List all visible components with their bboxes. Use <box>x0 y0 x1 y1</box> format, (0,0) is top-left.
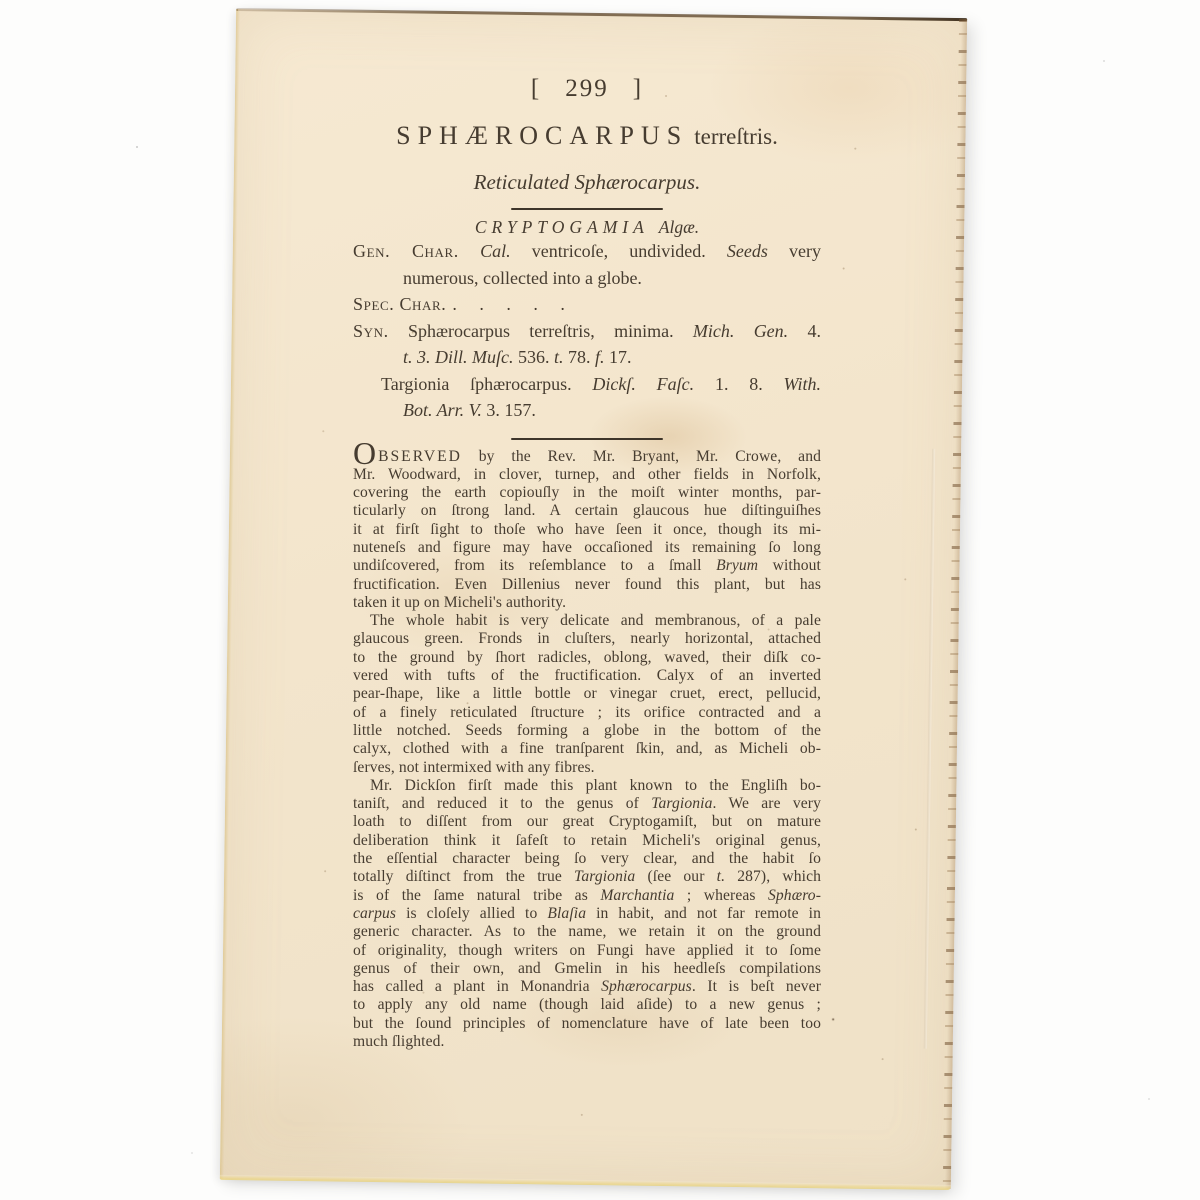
text-segment: Mich. Gen. <box>693 321 788 341</box>
body-line: Mr. Woodward, in clover, turnep, and oth… <box>353 466 821 484</box>
body-line: of a finely reticulated ſtructure ; its … <box>353 704 821 722</box>
text-segment: glaucous green. Fronds in cluſters, near… <box>353 630 821 647</box>
front-matter-line: Bot. Arr. V. 3. 157. <box>353 397 821 424</box>
order-name: Algæ. <box>659 217 699 237</box>
body-line: undiſcovered, from its reſemblance to a … <box>353 557 821 575</box>
page-number-bracket-left: [ <box>531 75 541 102</box>
body-line: The whole habit is very delicate and mem… <box>353 612 821 630</box>
text-segment: Sphærocarpus <box>601 978 692 995</box>
text-segment: taniſt, and reduced it to the genus of <box>353 795 651 812</box>
front-matter-line: Spec. Char.. . . . . <box>353 291 821 318</box>
scan-background: [299] SPHÆROCARPUSterreſtris. Reticulate… <box>0 0 1200 1200</box>
body-line: generic character. As to the name, we re… <box>353 923 821 941</box>
page-number: [299] <box>353 74 821 104</box>
text-segment: generic character. As to the name, we re… <box>353 923 821 940</box>
english-name-subtitle: Reticulated Sphærocarpus. <box>353 169 821 195</box>
scanner-dust <box>136 146 138 148</box>
class-name: CRYPTOGAMIA <box>475 217 649 237</box>
text-segment: deliberation think it ſafeſt to retain M… <box>353 832 821 849</box>
text-segment: Syn. <box>353 321 389 341</box>
text-segment: 78. <box>564 347 596 367</box>
body-line: much ſlighted. <box>353 1033 821 1051</box>
text-segment: Marchantia <box>600 887 674 904</box>
body-line: covering the earth copiouſly in the moiſ… <box>353 484 821 502</box>
paper-crease <box>924 449 935 1049</box>
text-segment: f. <box>595 347 605 367</box>
text-segment: Targionia <box>651 795 712 812</box>
divider-rule-2 <box>511 438 663 440</box>
text-segment <box>459 241 480 261</box>
text-segment: 4. <box>788 321 821 341</box>
text-segment: genus of their own, and Gmelin in his he… <box>353 960 821 977</box>
text-segment: carpus <box>353 905 396 922</box>
body-line: ticularly on ſtrong land. A certain glau… <box>353 502 821 520</box>
body-line: the eſſential character being ſo very cl… <box>353 850 821 868</box>
text-segment: t. <box>717 868 725 885</box>
text-segment: Spec. Char. <box>353 294 446 314</box>
body-line: Mr. Dickſon firſt made this plant known … <box>353 777 821 795</box>
text-segment: is cloſely allied to <box>396 905 547 922</box>
text-segment: 287), which <box>725 868 821 885</box>
front-matter-line: Targionia ſphærocarpus. Dickſ. Faſc. 1. … <box>353 371 821 398</box>
text-segment: to apply any old name (though laid aſide… <box>353 996 821 1013</box>
divider-rule-1 <box>511 208 663 210</box>
text-segment: fructification. Even Dillenius never fou… <box>353 576 821 593</box>
page-number-bracket-right: ] <box>633 75 643 102</box>
text-segment: 17. <box>605 347 632 367</box>
body-line: fructification. Even Dillenius never fou… <box>353 576 821 594</box>
text-segment: 3. 157. <box>482 400 536 420</box>
text-segment: (ſee our <box>635 868 716 885</box>
text-segment: ; whereas <box>674 887 768 904</box>
body-line: loath to diſſent from our great Cryptoga… <box>353 813 821 831</box>
text-segment: by the Rev. Mr. Bryant, Mr. Crowe, and <box>462 448 821 465</box>
body-line: has called a plant in Monandria Sphæroca… <box>353 978 821 996</box>
text-segment: Bryum <box>716 557 758 574</box>
text-segment: in habit, and not far remote in <box>586 905 821 922</box>
text-segment: of a finely reticulated ſtructure ; its … <box>353 704 821 721</box>
body-line: glaucous green. Fronds in cluſters, near… <box>353 630 821 648</box>
text-segment: of originality, though writers on Fungi … <box>353 942 821 959</box>
page-edge-left <box>220 9 240 1179</box>
species-title: SPHÆROCARPUSterreſtris. <box>353 120 821 153</box>
text-segment: Dickſ. Faſc. <box>592 374 694 394</box>
text-segment: 1. 8. <box>694 374 783 394</box>
text-segment: it at firſt ſight to thoſe who have ſeen… <box>353 521 821 538</box>
text-segment: vered with tufts of the fructification. … <box>353 667 821 684</box>
text-segment: nuteneſs and figure may have occaſioned … <box>353 539 821 556</box>
text-segment: very <box>768 241 821 261</box>
text-segment: Targionia ſphærocarpus. <box>381 374 592 394</box>
body-line: taken it up on Micheli's authority. <box>353 594 821 612</box>
classification-line: CRYPTOGAMIAAlgæ. <box>353 216 821 238</box>
body-line: it at firſt ſight to thoſe who have ſeen… <box>353 521 821 539</box>
text-segment: pear-ſhape, like a little bottle or vine… <box>353 685 821 702</box>
text-segment: the eſſential character being ſo very cl… <box>353 850 821 867</box>
text-segment: Cal. <box>480 241 511 261</box>
text-segment: t. 3. Dill. Muſc. <box>403 347 514 367</box>
body-line: nuteneſs and figure may have occaſioned … <box>353 539 821 557</box>
text-segment: little notched. Seeds forming a globe in… <box>353 722 821 739</box>
body-line: ſerves, not intermixed with any fibres. <box>353 759 821 777</box>
front-matter: Gen. Char. Cal. ventricoſe, undivided. S… <box>353 238 821 424</box>
text-segment: is of the ſame natural tribe as <box>353 887 600 904</box>
text-segment: 536. <box>514 347 555 367</box>
text-segment: Blaſia <box>547 905 586 922</box>
text-segment: but the ſound principles of nomenclature… <box>353 1015 821 1032</box>
text-segment: undiſcovered, from its reſemblance to a … <box>353 557 716 574</box>
body-line: little notched. Seeds forming a globe in… <box>353 722 821 740</box>
front-matter-line: Gen. Char. Cal. ventricoſe, undivided. S… <box>353 238 821 265</box>
deckle-edge-right <box>943 19 967 1189</box>
front-matter-line: Syn. Sphærocarpus terreſtris, minima. Mi… <box>353 318 821 345</box>
text-segment: Mr. Woodward, in clover, turnep, and oth… <box>353 466 821 483</box>
text-segment: . It is beſt never <box>692 978 821 995</box>
body-line: vered with tufts of the fructification. … <box>353 667 821 685</box>
text-segment: t. <box>554 347 564 367</box>
text-segment: The whole habit is very delicate and mem… <box>370 612 821 629</box>
body-line: totally diſtinct from the true Targionia… <box>353 868 821 886</box>
body-text: OBSERVED by the Rev. Mr. Bryant, Mr. Cro… <box>353 448 821 1052</box>
text-segment: Gen. Char. <box>353 241 459 261</box>
text-segment: . . . . . <box>452 294 574 314</box>
body-line: is of the ſame natural tribe as Marchant… <box>353 887 821 905</box>
body-line: pear-ſhape, like a little bottle or vine… <box>353 685 821 703</box>
paper-specks <box>236 9 238 11</box>
body-line: calyx, clothed with a fine tranſparent ſ… <box>353 740 821 758</box>
text-segment: totally diſtinct from the true <box>353 868 574 885</box>
text-segment: Targionia <box>574 868 635 885</box>
text-segment: taken it up on Micheli's authority. <box>353 594 566 611</box>
text-segment: loath to diſſent from our great Cryptoga… <box>353 813 821 830</box>
text-segment: ventricoſe, undivided. <box>511 241 727 261</box>
title-genus: SPHÆROCARPUS <box>396 121 688 150</box>
text-segment: covering the earth copiouſly in the moiſ… <box>353 484 821 501</box>
text-segment: . We are very <box>712 795 821 812</box>
text-segment: BSERVED <box>378 448 462 465</box>
page-number-value: 299 <box>565 75 609 102</box>
body-line: OBSERVED by the Rev. Mr. Bryant, Mr. Cro… <box>353 448 821 466</box>
text-segment: has called a plant in Monandria <box>353 978 601 995</box>
body-line: of originality, though writers on Fungi … <box>353 942 821 960</box>
text-segment: Seeds <box>727 241 768 261</box>
body-line: but the ſound principles of nomenclature… <box>353 1015 821 1033</box>
body-line: carpus is cloſely allied to Blaſia in ha… <box>353 905 821 923</box>
body-line: deliberation think it ſafeſt to retain M… <box>353 832 821 850</box>
body-line: genus of their own, and Gmelin in his he… <box>353 960 821 978</box>
text-segment: calyx, clothed with a fine tranſparent ſ… <box>353 740 821 757</box>
text-segment: much ſlighted. <box>353 1033 444 1050</box>
text-segment: Sphærocarpus terreſtris, minima. <box>389 321 693 341</box>
body-line: to apply any old name (though laid aſide… <box>353 996 821 1014</box>
text-column: [299] SPHÆROCARPUSterreſtris. Reticulate… <box>353 74 821 1051</box>
text-segment: ticularly on ſtrong land. A certain glau… <box>353 502 821 519</box>
body-line: taniſt, and reduced it to the genus of T… <box>353 795 821 813</box>
text-segment: Sphæro- <box>768 887 821 904</box>
text-segment: to the ground by ſhort radicles, oblong,… <box>353 649 821 666</box>
front-matter-line: t. 3. Dill. Muſc. 536. t. 78. f. 17. <box>353 344 821 371</box>
text-segment: Mr. Dickſon firſt made this plant known … <box>370 777 821 794</box>
text-segment: numerous, collected into a globe. <box>403 268 642 288</box>
text-segment: Bot. Arr. V. <box>403 400 482 420</box>
text-segment: without <box>758 557 821 574</box>
text-segment: ſerves, not intermixed with any fibres. <box>353 759 595 776</box>
title-species: terreſtris. <box>694 124 778 149</box>
front-matter-line: numerous, collected into a globe. <box>353 265 821 292</box>
body-line: to the ground by ſhort radicles, oblong,… <box>353 649 821 667</box>
text-segment: With. <box>784 374 822 394</box>
